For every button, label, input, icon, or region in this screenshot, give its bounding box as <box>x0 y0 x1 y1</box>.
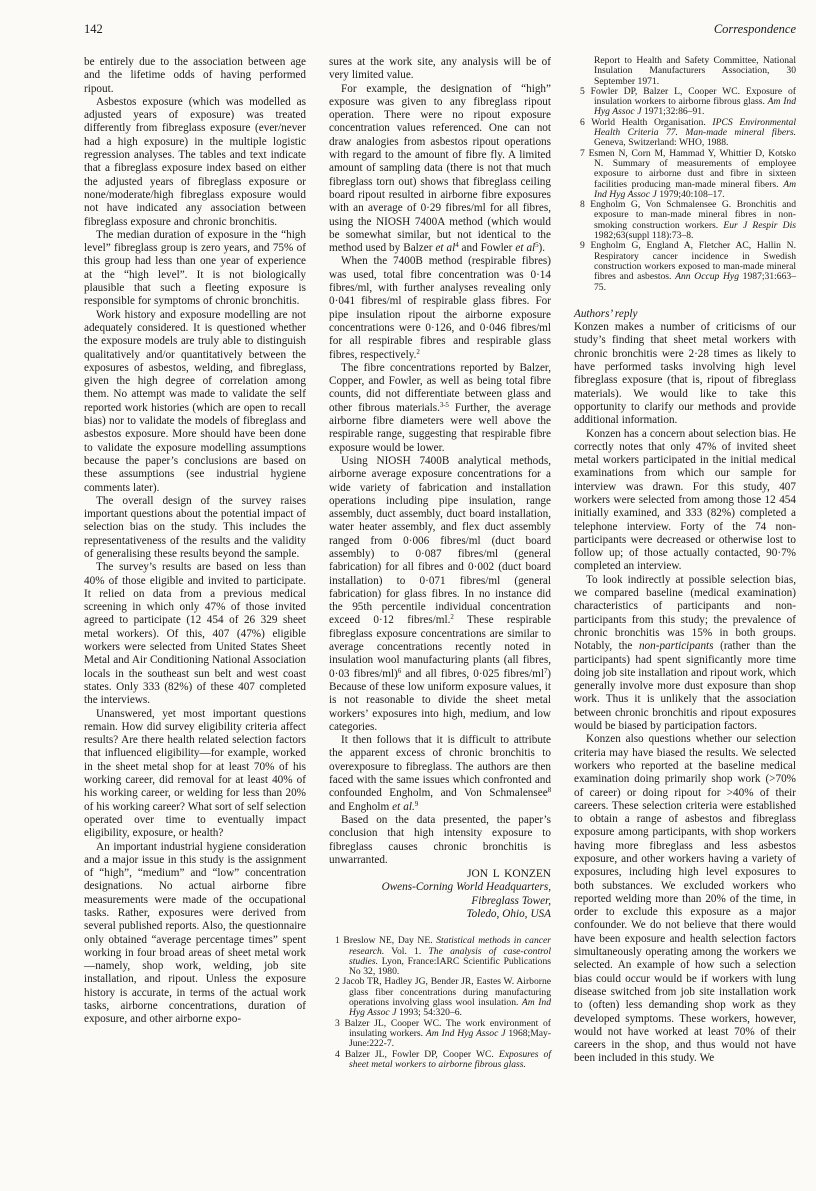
text-segment: 7 Esmen N, Corn M, Hammad Y, Whittier D,… <box>580 148 796 190</box>
reference-item: 1 Breslow NE, Day NE. Statistical method… <box>329 936 551 977</box>
text-segment: Based on the data presented, the paper’s… <box>329 814 551 866</box>
paragraph: When the 7400B method (respirable fibres… <box>329 255 551 361</box>
running-title: Correspondence <box>714 22 796 37</box>
text-segment: et al <box>515 242 535 254</box>
reference-continuation: Report to Health and Safety Committee, N… <box>574 56 796 87</box>
text-segment: 9 <box>415 800 418 808</box>
text-segment: 8 <box>548 786 551 794</box>
text-segment: (rather than the participants) had spent… <box>574 640 796 732</box>
text-segment: Konzen has a concern about selection bia… <box>574 428 796 573</box>
text-segment: ). <box>538 242 545 254</box>
text-segment: Unanswered, yet most important questions… <box>84 708 306 840</box>
text-segment: When the 7400B method (respirable fibres… <box>329 255 551 360</box>
text-segment: An important industrial hygiene consider… <box>84 841 306 1026</box>
text-segment: Work history and exposure modelling are … <box>84 309 306 494</box>
text-segment: Fibreglass Tower, <box>471 895 551 907</box>
page-header: 142 Correspondence <box>84 22 796 37</box>
text-segment: For example, the designation of “high” e… <box>329 83 551 255</box>
text-segment: 2 Jacob TR, Hadley JG, Bender JR, Eastes… <box>335 976 551 1008</box>
signature-name: JON L KONZEN <box>329 868 551 881</box>
paragraph: The fibre concentrations reported by Bal… <box>329 362 551 455</box>
text-segment: Konzen also questions whether our select… <box>574 733 796 1064</box>
text-segment: The survey’s results are based on less t… <box>84 561 306 706</box>
paragraph: Based on the data presented, the paper’s… <box>329 814 551 867</box>
paragraph: An important industrial hygiene consider… <box>84 841 306 1027</box>
journal-page: 142 Correspondence be entirely due to th… <box>0 0 816 1191</box>
paragraph-continuation: be entirely due to the association betwe… <box>84 56 306 96</box>
reference-item: 2 Jacob TR, Hadley JG, Bender JR, Eastes… <box>329 977 551 1018</box>
reference-item: 8 Engholm G, Von Schmalensee G. Bronchit… <box>574 200 796 241</box>
paragraph: The median duration of exposure in the “… <box>84 229 306 309</box>
text-segment: The overall design of the survey raises … <box>84 495 306 560</box>
text-segment: 5 Fowler DP, Balzer L, Cooper WC. Exposu… <box>580 86 796 107</box>
paragraph: The overall design of the survey raises … <box>84 495 306 561</box>
signature-affiliation: Toledo, Ohio, USA <box>329 908 551 921</box>
authors-reply-heading: Authors’ reply <box>574 308 796 321</box>
text-columns: be entirely due to the association betwe… <box>84 56 796 1070</box>
text-segment: Using NIOSH 7400B analytical methods, ai… <box>329 455 551 627</box>
reference-item: 4 Balzer JL, Fowler DP, Cooper WC. Expos… <box>329 1050 551 1071</box>
text-segment: be entirely due to the association betwe… <box>84 56 306 95</box>
text-segment: and Engholm <box>329 801 392 813</box>
text-segment: non-participants <box>639 640 714 652</box>
text-segment: Toledo, Ohio, USA <box>466 908 551 920</box>
text-segment: Lyon, France:IARC Scientific Publication… <box>349 956 551 977</box>
reference-item: 9 Engholm G, England A, Fletcher AC, Hal… <box>574 241 796 292</box>
text-segment: and all fibres, 0·025 fibres/ml <box>401 668 544 680</box>
text-segment: Ann Occup Hyg <box>675 271 739 282</box>
paragraph: To look indirectly at possible selection… <box>574 574 796 734</box>
text-segment: Report to Health and Safety Committee, N… <box>594 55 796 87</box>
text-segment: Authors’ reply <box>574 308 637 320</box>
signature-affiliation: Owens-Corning World Headquarters, <box>329 881 551 894</box>
signature-affiliation: Fibreglass Tower, <box>329 895 551 908</box>
page-number: 142 <box>84 22 103 37</box>
paragraph: Konzen also questions whether our select… <box>574 733 796 1065</box>
reference-item: 5 Fowler DP, Balzer L, Cooper WC. Exposu… <box>574 87 796 118</box>
paragraph: Work history and exposure modelling are … <box>84 309 306 495</box>
text-segment: Konzen makes a number of criticisms of o… <box>574 321 796 426</box>
paragraph: For example, the designation of “high” e… <box>329 83 551 256</box>
text-segment: sures at the work site, any analysis wil… <box>329 56 551 81</box>
text-segment: Asbestos exposure (which was modelled as… <box>84 96 306 228</box>
reference-item: 6 World Health Organisation. IPCS Enviro… <box>574 118 796 149</box>
column-2: sures at the work site, any analysis wil… <box>329 56 551 1070</box>
paragraph: Using NIOSH 7400B analytical methods, ai… <box>329 455 551 734</box>
column-1: be entirely due to the association betwe… <box>84 56 306 1070</box>
text-segment: et al <box>435 242 455 254</box>
text-segment: 2 <box>416 348 419 356</box>
paragraph: Asbestos exposure (which was modelled as… <box>84 96 306 229</box>
paragraph: Konzen has a concern about selection bia… <box>574 428 796 574</box>
paragraph-continuation: sures at the work site, any analysis wil… <box>329 56 551 83</box>
paragraph: Unanswered, yet most important questions… <box>84 708 306 841</box>
column-3: Report to Health and Safety Committee, N… <box>574 56 796 1070</box>
text-segment: Owens-Corning World Headquarters, <box>382 881 551 893</box>
text-segment: Am Ind Hyg Assoc J <box>426 1028 506 1039</box>
paragraph-continuation: Konzen makes a number of criticisms of o… <box>574 321 796 427</box>
text-segment: Eur J Respir Dis <box>723 220 796 231</box>
text-segment: JON L KONZEN <box>467 868 551 880</box>
text-segment: et al. <box>392 801 415 813</box>
reference-item: 3 Balzer JL, Cooper WC. The work environ… <box>329 1019 551 1050</box>
text-segment: and Fowler <box>459 242 516 254</box>
text-segment: It then follows that it is difficult to … <box>329 734 551 799</box>
text-segment: 3-5 <box>440 401 449 409</box>
paragraph: The survey’s results are based on less t… <box>84 561 306 707</box>
text-segment: The median duration of exposure in the “… <box>84 229 306 307</box>
paragraph: It then follows that it is difficult to … <box>329 734 551 814</box>
reference-item: 7 Esmen N, Corn M, Hammad Y, Whittier D,… <box>574 149 796 200</box>
